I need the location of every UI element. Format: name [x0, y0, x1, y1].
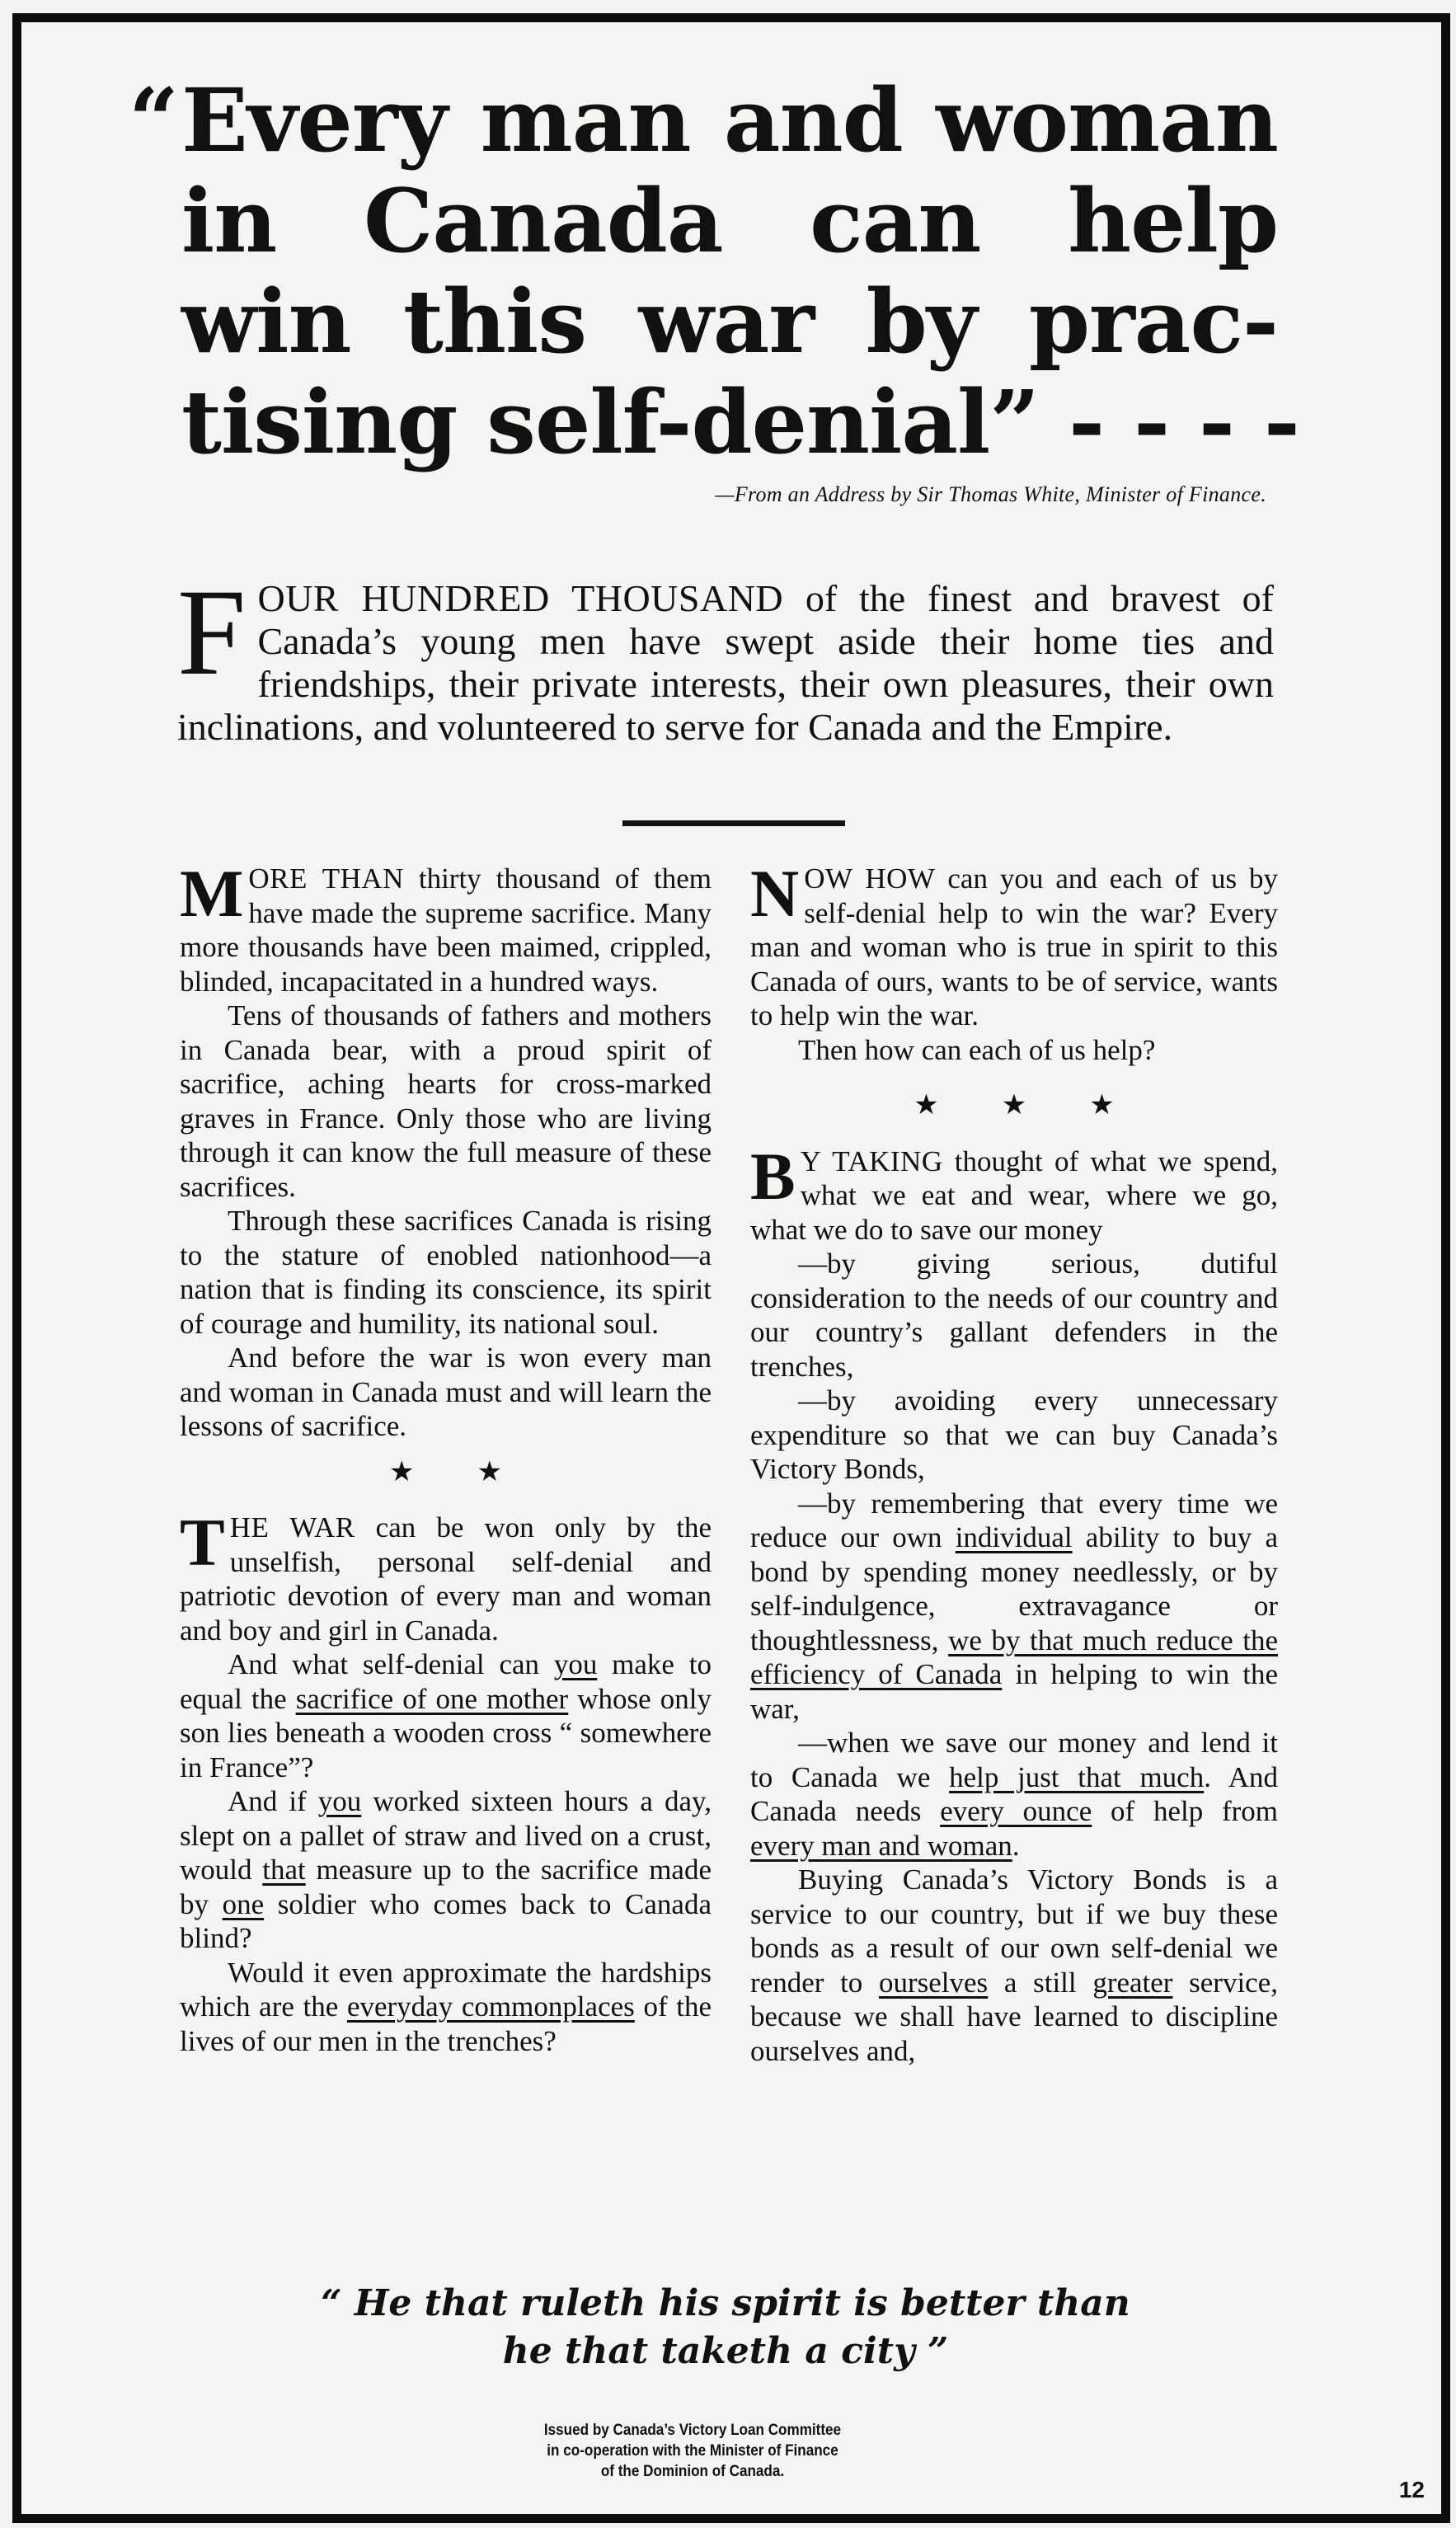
text-run: a still	[988, 1966, 1092, 1999]
underlined-phrase: everyday commonplaces	[347, 1990, 635, 2023]
star-icon: ★	[1002, 1088, 1026, 1123]
drop-cap-b: B	[750, 1149, 796, 1204]
left-section1-paragraph4: And before the war is won every man and …	[180, 1341, 712, 1444]
closing-quote-line-1: “ He that ruleth his spirit is better th…	[272, 2280, 1179, 2328]
underlined-phrase: greater	[1092, 1966, 1172, 1999]
right-section2-paragraph3: —by avoiding every unnecessary expenditu…	[750, 1384, 1278, 1487]
left-section2-paragraph2: And what self-denial can you make to equ…	[180, 1647, 712, 1784]
drop-cap-m: M	[180, 867, 243, 921]
underlined-phrase: help just that much	[949, 1761, 1204, 1793]
closing-quote-line-2: he that taketh a city ”	[272, 2328, 1179, 2375]
left-section2-paragraph3: And if you worked sixteen hours a day, s…	[180, 1784, 712, 1956]
lead-caps: ORE THAN	[248, 862, 404, 895]
imprint-line-1: Issued by Canada’s Victory Loan Committe…	[425, 2420, 960, 2441]
intro-paragraph: FOUR HUNDRED THOUSAND of the finest and …	[177, 577, 1274, 749]
text-run: And what self-denial can	[228, 1648, 554, 1680]
left-section2-paragraph4: Would it even approximate the hardships …	[180, 1956, 712, 2059]
right-section2-paragraph5: —when we save our money and lend it to C…	[750, 1726, 1278, 1863]
star-separator: ★★★	[750, 1088, 1278, 1123]
right-column: NOW HOW can you and each of us by self-d…	[750, 862, 1278, 2068]
star-icon: ★	[1089, 1088, 1114, 1123]
right-section1-paragraph2: Then how can each of us help?	[750, 1033, 1278, 1068]
headline-attribution: —From an Address by Sir Thomas White, Mi…	[715, 482, 1266, 507]
headline: “ Every man and woman in Canada can help…	[181, 70, 1278, 472]
intro-lead-caps: OUR HUNDRED THOUSAND	[257, 577, 783, 619]
headline-open-quote: “	[129, 70, 178, 171]
left-column: MORE THAN thirty thousand of them have m…	[180, 862, 712, 2058]
underlined-phrase: every man and woman	[750, 1830, 1012, 1862]
star-separator: ★★	[180, 1455, 712, 1490]
drop-cap-n: N	[750, 867, 799, 921]
underlined-phrase: sacrifice of one mother	[296, 1683, 569, 1715]
headline-line-2: in Canada can help	[181, 171, 1278, 271]
left-section1-paragraph1: MORE THAN thirty thousand of them have m…	[180, 862, 712, 999]
underlined-phrase: you	[318, 1785, 362, 1817]
lead-caps: HE WAR	[230, 1511, 355, 1544]
publisher-imprint: Issued by Canada’s Victory Loan Committe…	[425, 2420, 960, 2482]
left-section1-paragraph3: Through these sacrifices Canada is risin…	[180, 1204, 712, 1341]
headline-line-4: tising self-denial” - - - -	[181, 372, 1278, 472]
closing-quote: “ He that ruleth his spirit is better th…	[272, 2280, 1179, 2375]
star-icon: ★	[914, 1088, 938, 1123]
headline-line-3: win this war by prac-	[181, 271, 1278, 372]
underlined-phrase: that	[262, 1854, 305, 1886]
underlined-phrase: you	[554, 1648, 598, 1680]
right-section1-paragraph1: NOW HOW can you and each of us by self-d…	[750, 862, 1278, 1033]
intro-drop-cap: F	[177, 584, 246, 681]
star-icon: ★	[477, 1455, 502, 1490]
right-section2-paragraph6: Buying Canada’s Victory Bonds is a servi…	[750, 1863, 1278, 2068]
underlined-phrase: one	[223, 1888, 265, 1920]
lead-caps: OW HOW	[804, 862, 935, 895]
underlined-phrase: individual	[956, 1521, 1073, 1553]
right-section2-paragraph4: —by remembering that every time we reduc…	[750, 1487, 1278, 1727]
section-divider-rule	[622, 820, 845, 826]
imprint-line-3: of the Dominion of Canada.	[425, 2461, 960, 2482]
lead-caps: Y TAKING	[801, 1145, 943, 1177]
star-icon: ★	[389, 1455, 414, 1490]
underlined-phrase: every ounce	[940, 1795, 1092, 1827]
headline-line-1: Every man and woman	[181, 70, 1278, 171]
drop-cap-t: T	[180, 1515, 225, 1570]
underlined-phrase: ourselves	[879, 1966, 988, 1999]
right-section2-paragraph2: —by giving serious, dutiful consideratio…	[750, 1247, 1278, 1384]
right-section2-paragraph1: BY TAKING thought of what we spend, what…	[750, 1144, 1278, 1248]
page-number: 12	[1399, 2477, 1425, 2503]
text-run: .	[1012, 1830, 1020, 1862]
text-run: of help from	[1092, 1795, 1278, 1827]
text-run: And if	[228, 1785, 318, 1817]
left-section1-paragraph2: Tens of thousands of fathers and mothers…	[180, 999, 712, 1204]
imprint-line-2: in co-operation with the Minister of Fin…	[425, 2441, 960, 2461]
left-section2-paragraph1: THE WAR can be won only by the unselfish…	[180, 1511, 712, 1647]
